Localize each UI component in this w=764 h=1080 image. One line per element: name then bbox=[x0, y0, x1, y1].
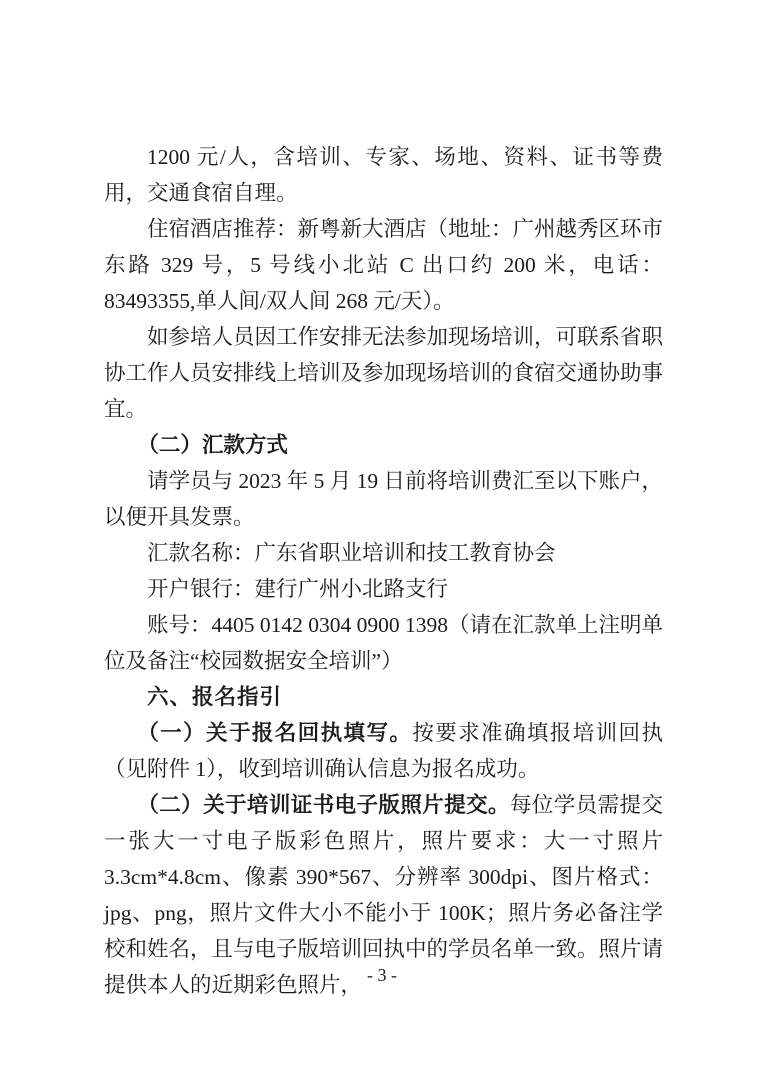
document-body: 1200 元/人，含培训、专家、场地、资料、证书等费用，交通食宿自理。住宿酒店推… bbox=[104, 139, 663, 1003]
text-run: 开户银行：建行广州小北路支行 bbox=[147, 577, 448, 601]
paragraph: 汇款名称：广东省职业培训和技工教育协会 bbox=[104, 535, 663, 571]
paragraph: （一）关于报名回执填写。按要求准确填报培训回执（见附件 1），收到培训确认信息为… bbox=[104, 715, 663, 787]
text-run: 1200 元/人，含培训、专家、场地、资料、证书等费用，交通食宿自理。 bbox=[104, 145, 663, 205]
text-run-bold: （二）汇款方式 bbox=[137, 433, 288, 457]
paragraph: 账号：4405 0142 0304 0900 1398（请在汇款单上注明单位及备… bbox=[104, 607, 663, 679]
text-run-bold: （二）关于培训证书电子版照片提交。 bbox=[137, 793, 510, 817]
paragraph: 1200 元/人，含培训、专家、场地、资料、证书等费用，交通食宿自理。 bbox=[104, 139, 663, 211]
section-heading: （二）汇款方式 bbox=[104, 427, 663, 463]
paragraph: 请学员与 2023 年 5 月 19 日前将培训费汇至以下账户，以便开具发票。 bbox=[104, 463, 663, 535]
text-run: 汇款名称：广东省职业培训和技工教育协会 bbox=[147, 541, 556, 565]
text-run: 如参培人员因工作安排无法参加现场培训，可联系省职协工作人员安排线上培训及参加现场… bbox=[104, 325, 663, 421]
text-run: 住宿酒店推荐：新粤新大酒店（地址：广州越秀区环市东路 329 号，5 号线小北站… bbox=[104, 217, 663, 313]
text-run: 账号：4405 0142 0304 0900 1398（请在汇款单上注明单位及备… bbox=[104, 613, 663, 673]
text-run-bold: 六、报名指引 bbox=[147, 685, 282, 709]
paragraph: 开户银行：建行广州小北路支行 bbox=[104, 571, 663, 607]
page-number: - 3 - bbox=[0, 962, 764, 988]
text-run-bold: （一）关于报名回执填写。 bbox=[137, 721, 412, 745]
section-heading: 六、报名指引 bbox=[104, 679, 663, 715]
paragraph: 住宿酒店推荐：新粤新大酒店（地址：广州越秀区环市东路 329 号，5 号线小北站… bbox=[104, 211, 663, 319]
paragraph: 如参培人员因工作安排无法参加现场培训，可联系省职协工作人员安排线上培训及参加现场… bbox=[104, 319, 663, 427]
text-run: 请学员与 2023 年 5 月 19 日前将培训费汇至以下账户，以便开具发票。 bbox=[104, 469, 663, 529]
document-page: 1200 元/人，含培训、专家、场地、资料、证书等费用，交通食宿自理。住宿酒店推… bbox=[0, 0, 764, 1080]
